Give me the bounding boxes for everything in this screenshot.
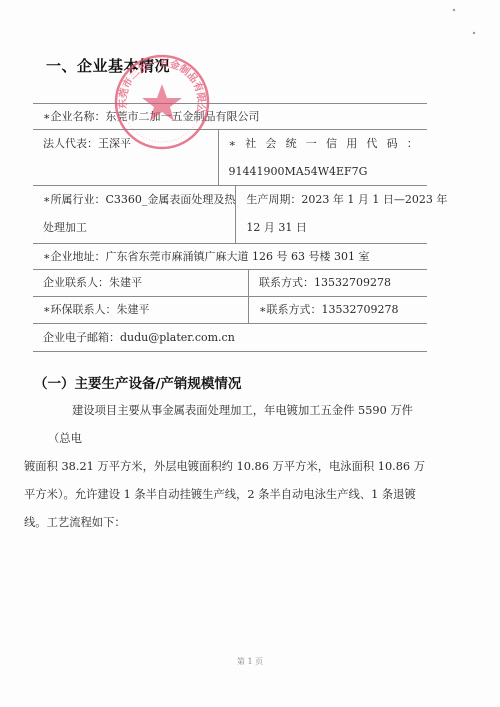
period-line-1: 生产周期：2023 年 1 月 1 日—2023 年	[246, 186, 447, 214]
table-row: ∗所属行业：C3360_金属表面处理及热 处理加工 生产周期：2023 年 1 …	[33, 185, 427, 243]
paragraph-line: 平方米）。允许建设 1 条半自动挂镀生产线，2 条半自动电泳生产线、1 条退镀	[48, 481, 432, 509]
paragraph-line: 建设项目主要从事金属表面处理加工，年电镀加工五金件 5590 万件（总电	[48, 397, 432, 453]
company-name: ∗企业名称：东莞市二加一五金制品有限公司	[33, 104, 427, 129]
page-number: 第 1 页	[0, 656, 500, 667]
scan-specks	[440, 0, 500, 80]
period-line-2: 12 月 31 日	[246, 214, 447, 242]
industry-line-1: ∗所属行业：C3360_金属表面处理及热	[43, 186, 235, 214]
company-email: 企业电子邮箱：dudu@plater.com.cn	[33, 324, 427, 351]
production-period-cell: 生产周期：2023 年 1 月 1 日—2023 年 12 月 31 日	[236, 186, 447, 243]
contact-phone: 联系方式：13532709278	[249, 270, 427, 296]
credit-code-label: ∗社会统一信用代码：	[229, 130, 427, 158]
production-description: 建设项目主要从事金属表面处理加工，年电镀加工五金件 5590 万件（总电 镀面积…	[48, 397, 432, 537]
env-contact-person: ∗环保联系人：朱建平	[33, 297, 249, 323]
credit-code-cell: ∗社会统一信用代码： 91441900MA54W4EF7G	[219, 130, 427, 185]
table-row: 企业电子邮箱：dudu@plater.com.cn	[33, 323, 427, 352]
contact-person: 企业联系人：朱建平	[33, 270, 249, 296]
table-row: ∗企业名称：东莞市二加一五金制品有限公司	[33, 103, 427, 129]
section-title: 一、企业基本情况	[46, 55, 170, 76]
industry-cell: ∗所属行业：C3360_金属表面处理及热 处理加工	[33, 186, 236, 243]
table-row: 法人代表：王深平 ∗社会统一信用代码： 91441900MA54W4EF7G	[33, 129, 427, 185]
industry-line-2: 处理加工	[43, 214, 235, 242]
legal-representative: 法人代表：王深平	[33, 130, 219, 185]
paragraph-line: 线。工艺流程如下：	[48, 509, 432, 537]
table-row: ∗企业地址：广东省东莞市麻涌镇广麻大道 126 号 63 号楼 301 室	[33, 243, 427, 269]
env-contact-phone: ∗联系方式：13532709278	[249, 297, 427, 323]
table-row: 企业联系人：朱建平 联系方式：13532709278	[33, 269, 427, 296]
table-row: ∗环保联系人：朱建平 ∗联系方式：13532709278	[33, 296, 427, 323]
company-address: ∗企业地址：广东省东莞市麻涌镇广麻大道 126 号 63 号楼 301 室	[33, 244, 427, 269]
paragraph-line: 镀面积 38.21 万平方米，外层电镀面积约 10.86 万平方米，电泳面积 1…	[48, 453, 432, 481]
company-info-table: ∗企业名称：东莞市二加一五金制品有限公司 法人代表：王深平 ∗社会统一信用代码：…	[33, 103, 427, 352]
subsection-title: （一）主要生产设备/产销规模情况	[34, 372, 241, 392]
credit-code-value: 91441900MA54W4EF7G	[229, 158, 427, 186]
